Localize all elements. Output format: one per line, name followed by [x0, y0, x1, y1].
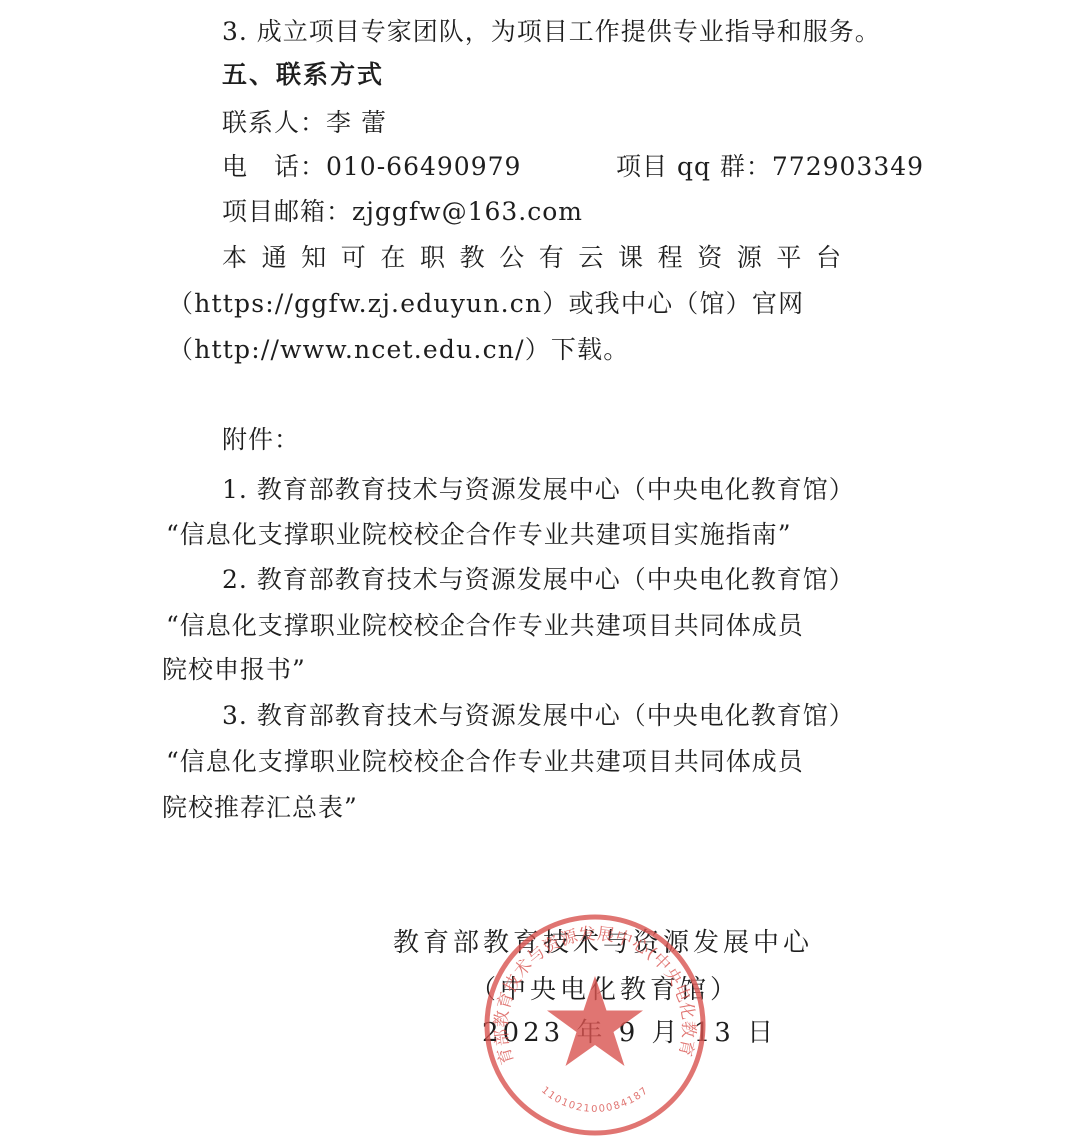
- seal-serial-number: 110102100084187: [539, 1085, 651, 1115]
- signature-date: 2023 年 9 月 13 日: [482, 1017, 777, 1049]
- signature-org-alt-name: （中央电化教育馆）: [470, 974, 740, 1006]
- download-notice-line-2: （https://ggfw.zj.eduyun.cn）或我中心（馆）官网: [168, 288, 804, 320]
- download-notice-line-3: （http://www.ncet.edu.cn/）下载。: [168, 334, 630, 366]
- attachment-1-line-2: “信息化支撑职业院校校企合作专业共建项目实施指南”: [166, 519, 792, 551]
- signature-org-name: 教育部教育技术与资源发展中心: [393, 927, 813, 959]
- attachment-3-line-3: 院校推荐汇总表”: [162, 792, 358, 824]
- svg-text:110102100084187: 110102100084187: [539, 1085, 651, 1115]
- section-title-contact: 五、联系方式: [222, 59, 384, 91]
- attachment-1-line-1: 1. 教育部教育技术与资源发展中心（中央电化教育馆）: [222, 474, 855, 506]
- attachment-3-line-1: 3. 教育部教育技术与资源发展中心（中央电化教育馆）: [222, 700, 855, 732]
- contact-qq-group: 项目 qq 群：772903349: [616, 151, 924, 183]
- download-notice-line-1: 本通知可在职教公有云课程资源平台: [222, 242, 856, 274]
- contact-person: 联系人：李 蕾: [222, 107, 387, 139]
- measure-item-3: 3. 成立项目专家团队，为项目工作提供专业指导和服务。: [222, 16, 881, 48]
- contact-phone: 电 话：010-66490979: [222, 151, 521, 183]
- attachment-2-line-1: 2. 教育部教育技术与资源发展中心（中央电化教育馆）: [222, 564, 855, 596]
- attachment-2-line-3: 院校申报书”: [162, 654, 306, 686]
- attachments-heading: 附件：: [222, 424, 300, 456]
- attachment-2-line-2: “信息化支撑职业院校校企合作专业共建项目共同体成员: [166, 610, 804, 642]
- attachment-3-line-2: “信息化支撑职业院校校企合作专业共建项目共同体成员: [166, 746, 804, 778]
- contact-email: 项目邮箱：zjggfw@163.com: [222, 196, 583, 228]
